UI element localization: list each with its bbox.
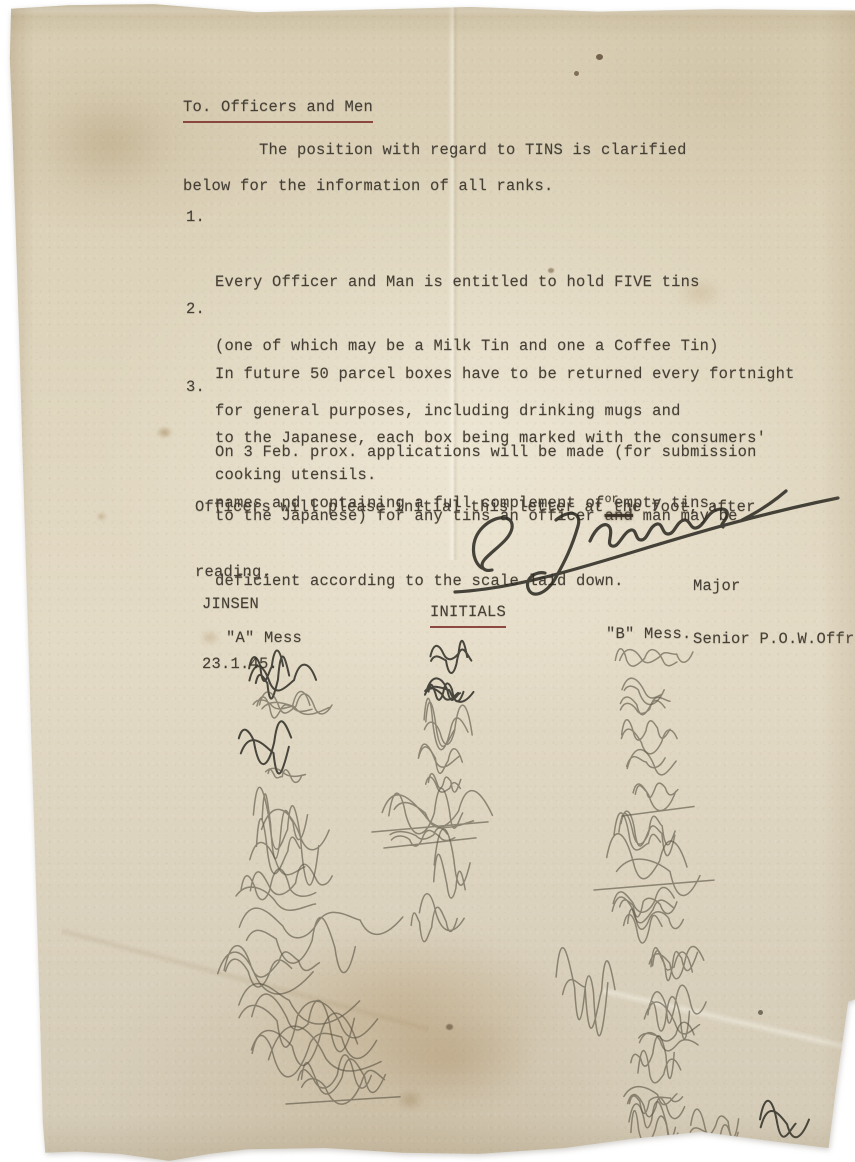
initial-mark (236, 864, 332, 910)
intro-line-2: below for the information of all ranks. (183, 176, 554, 198)
initial-mark (239, 721, 291, 773)
item-number: 2. (186, 299, 205, 321)
stain (396, 1090, 424, 1110)
stain (240, 930, 570, 1090)
initial-mark (614, 811, 675, 856)
initial-mark (615, 649, 693, 666)
salutation-line: To. Officers and Men (183, 97, 373, 123)
initial-mark (286, 1055, 400, 1104)
initial-mark (426, 774, 461, 793)
fold-crease-horizontal-light (0, 0, 855, 16)
initial-mark (251, 1013, 381, 1077)
stain (360, 1010, 540, 1110)
initial-mark (624, 1087, 685, 1119)
place-line: JINSEN (202, 594, 278, 614)
mess-a-header: "A" Mess (226, 628, 302, 650)
initial-mark (411, 894, 464, 942)
initial-mark (218, 946, 320, 994)
initial-mark (556, 948, 615, 1036)
date-line: 23.1.45. (202, 654, 278, 674)
initial-mark (627, 750, 676, 775)
item-number: 1. (186, 207, 205, 229)
initial-mark (253, 787, 329, 885)
initial-mark (372, 788, 492, 833)
typed-line: reading. (195, 562, 756, 584)
fold-crease-horizontal-dark (0, 0, 855, 12)
stain (596, 54, 603, 60)
stain (156, 426, 173, 439)
initial-mark (620, 697, 670, 715)
mess-b-header: "B" Mess. (606, 624, 692, 646)
wrinkle-diagonal-right (602, 986, 855, 1054)
stain (96, 512, 107, 521)
initial-mark (418, 744, 462, 773)
signature-block-titles: Major Senior P.O.W.Offr (693, 543, 855, 683)
initial-mark (425, 678, 474, 701)
initial-mark (430, 641, 471, 673)
initial-mark (239, 984, 378, 1052)
intro-line-1: The position with regard to TINS is clar… (259, 140, 687, 162)
photo-background: To. Officers and Men The position with r… (0, 0, 855, 1162)
stain (574, 71, 579, 76)
initial-mark (266, 768, 306, 782)
initial-mark (434, 829, 470, 898)
initial-mark (612, 887, 677, 922)
letter-paper-wrap: To. Officers and Men The position with r… (0, 0, 855, 1162)
initial-mark (644, 985, 706, 1039)
stain (40, 95, 170, 195)
initial-mark (760, 1101, 809, 1138)
initials-heading: INITIALS (430, 602, 506, 628)
initial-mark (629, 1102, 678, 1144)
initial-mark (424, 698, 472, 749)
initial-mark (384, 828, 476, 848)
wrinkle-diagonal-left (60, 926, 430, 1034)
title-line: Senior P.O.W.Offr (693, 631, 855, 649)
typed-line: Officers will please initial this letter… (195, 497, 756, 519)
rank-line: Major (693, 578, 855, 596)
closing-paragraph: Officers will please initial this letter… (195, 454, 756, 626)
initial-mark (649, 947, 704, 981)
item-number: 3. (186, 377, 205, 399)
initial-mark (622, 678, 664, 704)
initial-mark (624, 909, 684, 943)
letter-paper: To. Officers and Men The position with r… (0, 0, 855, 1162)
initial-mark (690, 1109, 738, 1144)
stain (758, 1010, 763, 1015)
initial-mark (631, 1036, 681, 1083)
stain (446, 1024, 453, 1030)
typed-line: Every Officer and Man is entitled to hol… (215, 272, 719, 294)
initial-mark (639, 1022, 698, 1051)
initial-mark (239, 908, 403, 973)
initial-mark (594, 834, 714, 896)
initial-mark (250, 819, 305, 875)
initial-mark (622, 783, 694, 816)
initial-mark (621, 720, 677, 754)
